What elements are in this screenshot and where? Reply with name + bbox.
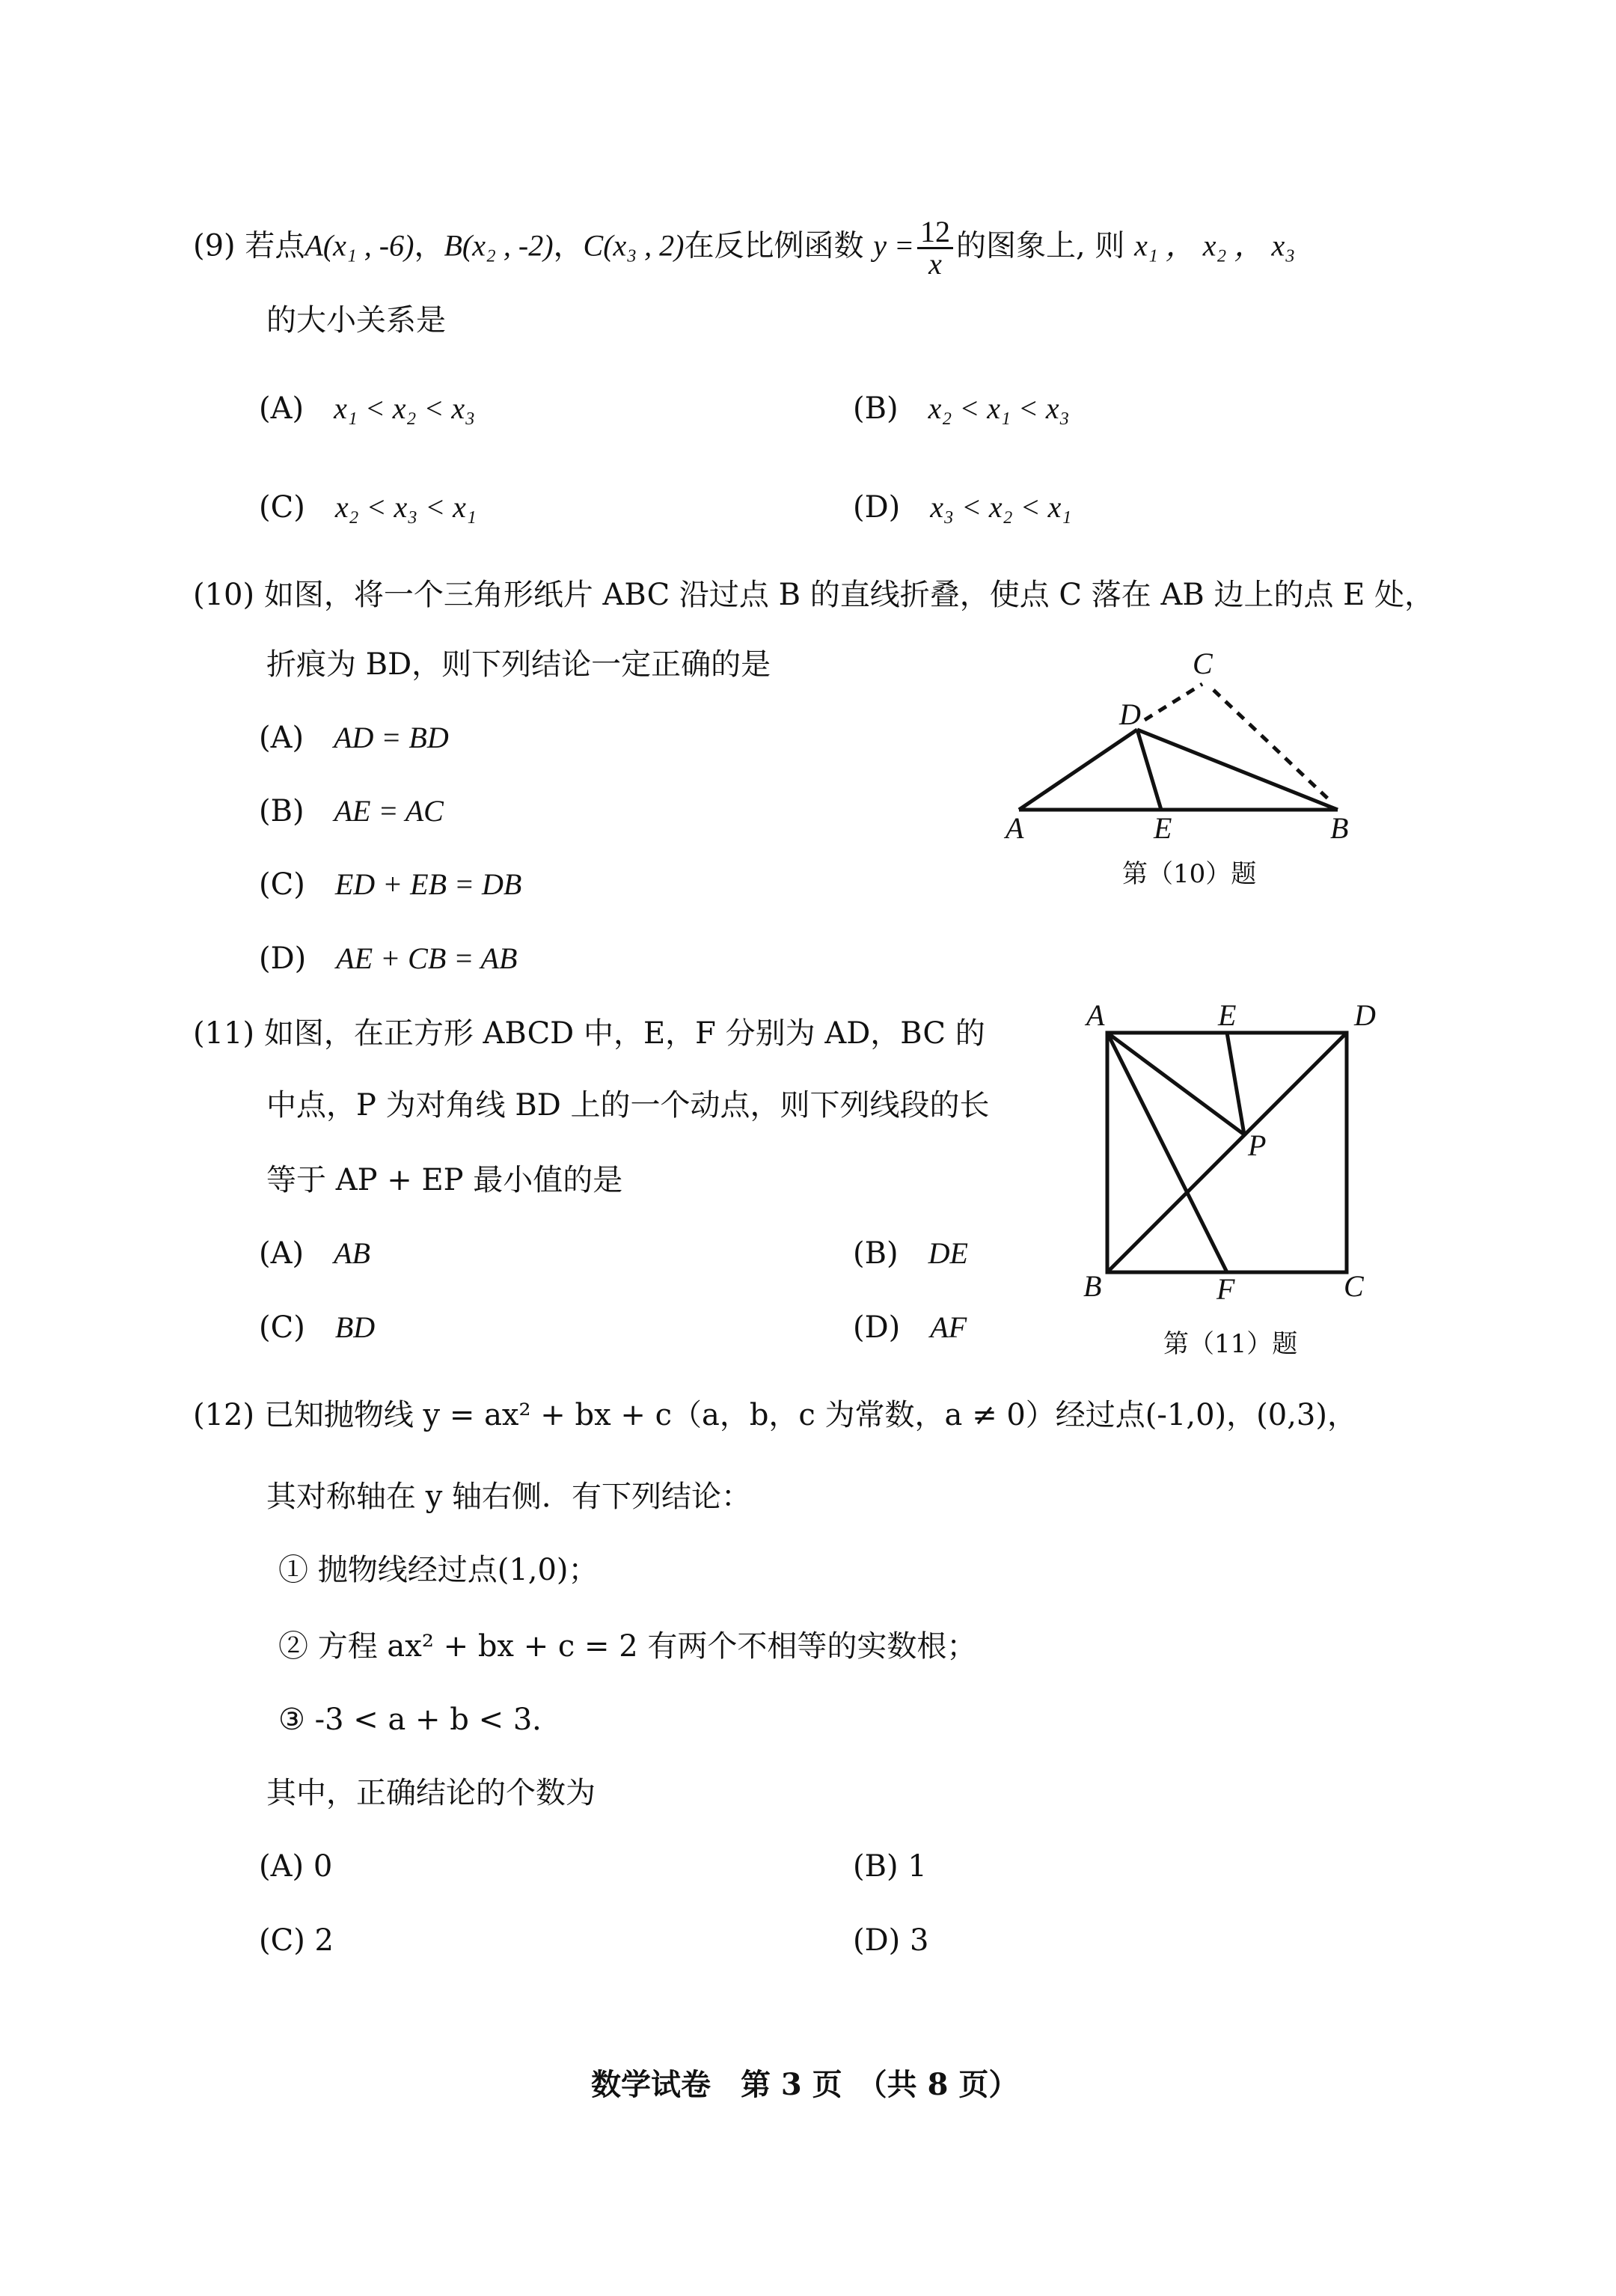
label-C: C bbox=[1193, 647, 1213, 680]
q9-stem-cont: 的大小关系是 bbox=[266, 302, 446, 338]
q12-option-b[interactable]: (B) 1 bbox=[853, 1848, 927, 1884]
q11-option-c[interactable]: (C) BD bbox=[259, 1310, 375, 1346]
q11-figure-caption: 第（11）题 bbox=[1163, 1323, 1297, 1360]
q12-conclusion-2: ② 方程 ax² + bx + c = 2 有两个不相等的实数根； bbox=[278, 1628, 976, 1664]
q12-option-d[interactable]: (D) 3 bbox=[853, 1923, 928, 1958]
q9-option-a[interactable]: (A) x₁ < x₂ < x₃ bbox=[259, 391, 475, 427]
q11-option-b[interactable]: (B) DE bbox=[853, 1236, 968, 1271]
label-F: F bbox=[1216, 1272, 1235, 1306]
q9-option-c[interactable]: (C) x₂ < x₃ < x₁ bbox=[259, 489, 477, 525]
q9-option-b[interactable]: (B) x₂ < x₁ < x₃ bbox=[853, 391, 1070, 427]
label-D: D bbox=[1353, 998, 1376, 1032]
q10-option-c[interactable]: (C) ED + EB = DB bbox=[259, 867, 521, 903]
label-E: E bbox=[1153, 811, 1172, 845]
q12-option-c[interactable]: (C) 2 bbox=[259, 1923, 334, 1958]
q12-option-a[interactable]: (A) 0 bbox=[259, 1848, 332, 1884]
label-A: A bbox=[1084, 998, 1105, 1032]
q10-option-d[interactable]: (D) AE + CB = AB bbox=[259, 941, 517, 977]
page-footer: 数学试卷 第 3 页 （共 8 页） bbox=[591, 2067, 1018, 2103]
q10-stem: (10) 如图，将一个三角形纸片 ABC 沿过点 B 的直线折叠，使点 C 落在… bbox=[193, 577, 1434, 613]
label-P: P bbox=[1247, 1129, 1266, 1162]
q10-figure-caption: 第（10）题 bbox=[1122, 853, 1256, 890]
label-A: A bbox=[1003, 811, 1024, 845]
q10-stem-cont: 折痕为 BD，则下列结论一定正确的是 bbox=[266, 647, 771, 683]
q12-conclusion-3: ③ -3 < a + b < 3． bbox=[278, 1702, 562, 1738]
q9-number: (9) bbox=[193, 229, 236, 263]
label-B: B bbox=[1330, 811, 1348, 845]
q9-option-d[interactable]: (D) x₃ < x₂ < x₁ bbox=[853, 489, 1071, 525]
q12-stem-question: 其中，正确结论的个数为 bbox=[266, 1775, 596, 1811]
q11-figure-square: A E D P B F C bbox=[1062, 988, 1407, 1362]
q9-stem: (9) 若点A(x₁ , -6)，B(x₂ , -2)，C(x₃ , 2)在反比… bbox=[193, 217, 1295, 279]
label-E: E bbox=[1217, 998, 1236, 1032]
q11-option-a[interactable]: (A) AB bbox=[259, 1236, 370, 1271]
q10-option-a[interactable]: (A) AD = BD bbox=[259, 720, 449, 756]
q11-stem-cont1: 中点，P 为对角线 BD 上的一个动点，则下列线段的长 bbox=[266, 1087, 990, 1123]
label-C: C bbox=[1344, 1269, 1365, 1303]
q11-option-d[interactable]: (D) AF bbox=[853, 1310, 967, 1346]
q10-option-b[interactable]: (B) AE = AC bbox=[259, 793, 444, 829]
q12-stem-cont: 其对称轴在 y 轴右侧．有下列结论： bbox=[266, 1479, 751, 1515]
fraction-12-over-x: 12x bbox=[917, 217, 953, 279]
q12-conclusion-1: ① 抛物线经过点(1,0)； bbox=[278, 1552, 599, 1588]
label-D: D bbox=[1118, 697, 1141, 731]
label-B: B bbox=[1083, 1269, 1101, 1303]
q12-stem: (12) 已知抛物线 y = ax² + bx + c（a，b，c 为常数，a … bbox=[193, 1397, 1357, 1433]
q11-stem: (11) 如图，在正方形 ABCD 中，E，F 分别为 AD，BC 的 bbox=[193, 1016, 985, 1051]
q11-stem-cont2: 等于 AP + EP 最小值的是 bbox=[266, 1162, 622, 1198]
